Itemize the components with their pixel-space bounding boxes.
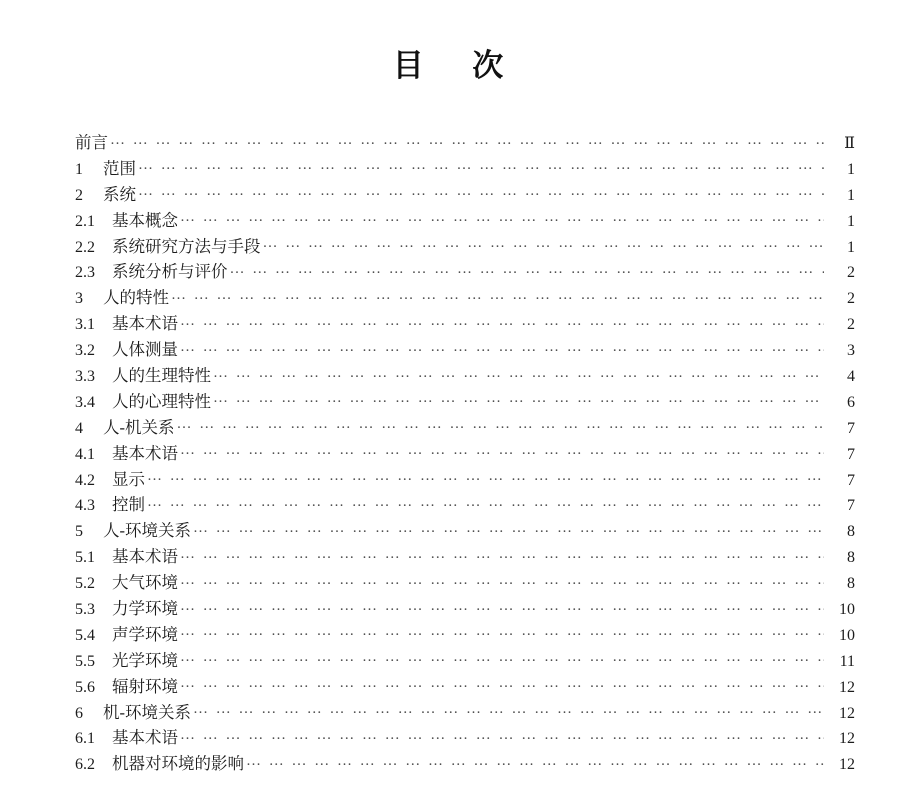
dot-leader-dots: … … … … … … … … … … … … … … … … … … … … … (193, 702, 824, 718)
dot-leader: … … … … … … … … … … … … … … … … … … … … … (147, 469, 824, 495)
dot-leader-dots: … … … … … … … … … … … … … … … … … … … … … (180, 339, 824, 355)
dot-leader-dots: … … … … … … … … … … … … … … … … … … … … … (263, 236, 825, 252)
dot-leader-dots: … … … … … … … … … … … … … … … … … … … … … (213, 365, 824, 381)
toc-row: 5.5光学环境… … … … … … … … … … … … … … … … …… (75, 648, 855, 674)
dot-leader: … … … … … … … … … … … … … … … … … … … … … (193, 520, 824, 546)
dot-leader-dots: … … … … … … … … … … … … … … … … … … … … … (180, 546, 824, 562)
dot-leader-dots: … … … … … … … … … … … … … … … … … … … … … (180, 313, 824, 329)
toc-item-number: 4.1 (75, 442, 112, 468)
toc-row: 3.2人体测量… … … … … … … … … … … … … … … … …… (75, 337, 855, 363)
toc-page-number: 1 (829, 157, 855, 183)
toc-row: 3.3人的生理特性… … … … … … … … … … … … … … … …… (75, 363, 855, 389)
dot-leader: … … … … … … … … … … … … … … … … … … … … … (246, 753, 824, 779)
toc-item-title: 机器对环境的影响 (112, 751, 244, 777)
toc-item-title: 基本术语 (112, 311, 178, 337)
toc-item-number: 3.2 (75, 338, 112, 364)
dot-leader-dots: … … … … … … … … … … … … … … … … … … … … … (110, 132, 824, 148)
toc-item-title: 基本术语 (112, 544, 178, 570)
toc-page-number: 2 (829, 286, 855, 312)
dot-leader: … … … … … … … … … … … … … … … … … … … … … (180, 546, 824, 572)
toc-page-number: 12 (829, 752, 855, 778)
dot-leader: … … … … … … … … … … … … … … … … … … … … … (193, 702, 824, 728)
toc-page-number: 6 (829, 390, 855, 416)
dot-leader: … … … … … … … … … … … … … … … … … … … … … (180, 210, 824, 236)
toc-row: 6机-环境关系… … … … … … … … … … … … … … … … …… (75, 700, 855, 726)
toc-page-number: 7 (829, 442, 855, 468)
toc-item-title: 声学环境 (112, 622, 178, 648)
toc-item-number: 5 (75, 519, 103, 545)
dot-leader-dots: … … … … … … … … … … … … … … … … … … … … … (180, 572, 824, 588)
dot-leader-dots: … … … … … … … … … … … … … … … … … … … … … (147, 469, 824, 485)
page-title: 目 次 (0, 49, 898, 83)
toc-page-number: Ⅱ (829, 131, 855, 157)
toc-row: 1范围… … … … … … … … … … … … … … … … … … …… (75, 156, 855, 182)
toc-item-number: 5.3 (75, 597, 112, 623)
toc-item-title: 显示 (112, 467, 145, 493)
toc-page-number: 3 (829, 338, 855, 364)
toc-item-number: 2.2 (75, 235, 112, 261)
toc-item-number: 1 (75, 157, 103, 183)
toc-page-number: 12 (829, 675, 855, 701)
dot-leader: … … … … … … … … … … … … … … … … … … … … … (213, 391, 824, 417)
dot-leader-dots: … … … … … … … … … … … … … … … … … … … … … (180, 624, 824, 640)
toc-item-number: 4 (75, 416, 103, 442)
toc-item-title: 基本术语 (112, 441, 178, 467)
toc-row: 3.1基本术语… … … … … … … … … … … … … … … … …… (75, 311, 855, 337)
toc-page-number: 11 (829, 649, 855, 675)
toc-item-title: 人体测量 (112, 337, 178, 363)
toc-row: 4.2显示… … … … … … … … … … … … … … … … … …… (75, 467, 855, 493)
dot-leader: … … … … … … … … … … … … … … … … … … … … … (180, 676, 824, 702)
toc-item-title: 前言 (75, 130, 108, 156)
toc-page-number: 8 (829, 571, 855, 597)
toc-page-number: 12 (829, 726, 855, 752)
toc-row: 6.2机器对环境的影响… … … … … … … … … … … … … … …… (75, 751, 855, 777)
toc-page-number: 2 (829, 312, 855, 338)
toc-row: 6.1基本术语… … … … … … … … … … … … … … … … …… (75, 725, 855, 751)
dot-leader: … … … … … … … … … … … … … … … … … … … … … (138, 184, 824, 210)
toc-item-number: 2.3 (75, 260, 112, 286)
dot-leader-dots: … … … … … … … … … … … … … … … … … … … … … (171, 287, 824, 303)
toc-item-number: 5.2 (75, 571, 112, 597)
toc-row: 5.2大气环境… … … … … … … … … … … … … … … … …… (75, 570, 855, 596)
toc-item-number: 3.1 (75, 312, 112, 338)
dot-leader: … … … … … … … … … … … … … … … … … … … … … (110, 132, 824, 158)
dot-leader: … … … … … … … … … … … … … … … … … … … … … (180, 650, 824, 676)
toc-row: 2.3系统分析与评价… … … … … … … … … … … … … … … … (75, 259, 855, 285)
dot-leader-dots: … … … … … … … … … … … … … … … … … … … … … (138, 158, 824, 174)
toc-item-number: 2.1 (75, 209, 112, 235)
toc-page-number: 12 (829, 701, 855, 727)
dot-leader: … … … … … … … … … … … … … … … … … … … … … (230, 261, 825, 287)
toc-row: 前言… … … … … … … … … … … … … … … … … … … … (75, 130, 855, 156)
toc-page-number: 10 (829, 597, 855, 623)
dot-leader-dots: … … … … … … … … … … … … … … … … … … … … … (180, 650, 824, 666)
dot-leader: … … … … … … … … … … … … … … … … … … … … … (138, 158, 824, 184)
dot-leader: … … … … … … … … … … … … … … … … … … … … … (180, 313, 824, 339)
dot-leader-dots: … … … … … … … … … … … … … … … … … … … … … (193, 520, 824, 536)
toc-page-number: 7 (829, 416, 855, 442)
toc-page-number: 7 (829, 493, 855, 519)
toc-page-number: 1 (829, 235, 855, 261)
toc-item-number: 4.2 (75, 468, 112, 494)
toc-item-title: 光学环境 (112, 648, 178, 674)
dot-leader-dots: … … … … … … … … … … … … … … … … … … … … … (177, 417, 825, 433)
toc-item-title: 人的生理特性 (112, 363, 211, 389)
toc-page-number: 8 (829, 545, 855, 571)
dot-leader-dots: … … … … … … … … … … … … … … … … … … … … … (180, 598, 824, 614)
dot-leader-dots: … … … … … … … … … … … … … … … … … … … … … (138, 184, 824, 200)
toc-item-number: 6.1 (75, 726, 112, 752)
toc-item-title: 人的特性 (103, 285, 169, 311)
toc-item-title: 基本术语 (112, 725, 178, 751)
toc-item-title: 系统研究方法与手段 (112, 234, 261, 260)
dot-leader: … … … … … … … … … … … … … … … … … … … … … (263, 236, 825, 262)
toc-item-title: 范围 (103, 156, 136, 182)
toc-item-number: 6 (75, 701, 103, 727)
toc-item-number: 3.3 (75, 364, 112, 390)
dot-leader-dots: … … … … … … … … … … … … … … … … … … … … … (180, 210, 824, 226)
toc-page-number: 10 (829, 623, 855, 649)
toc-row: 5人-环境关系… … … … … … … … … … … … … … … … …… (75, 518, 855, 544)
dot-leader: … … … … … … … … … … … … … … … … … … … … … (177, 417, 825, 443)
toc-item-title: 大气环境 (112, 570, 178, 596)
toc-item-number: 2 (75, 183, 103, 209)
toc-row: 4.1基本术语… … … … … … … … … … … … … … … … …… (75, 441, 855, 467)
dot-leader: … … … … … … … … … … … … … … … … … … … … … (171, 287, 824, 313)
toc-item-title: 人的心理特性 (112, 389, 211, 415)
dot-leader-dots: … … … … … … … … … … … … … … … … … … … … … (180, 443, 824, 459)
toc-item-number: 5.5 (75, 649, 112, 675)
toc-item-number: 5.6 (75, 675, 112, 701)
dot-leader: … … … … … … … … … … … … … … … … … … … … … (180, 339, 824, 365)
toc-item-title: 控制 (112, 492, 145, 518)
toc-row: 2.2系统研究方法与手段… … … … … … … … … … … … … … … (75, 234, 855, 260)
toc-row: 3人的特性… … … … … … … … … … … … … … … … … …… (75, 285, 855, 311)
toc-item-title: 人-环境关系 (103, 518, 191, 544)
toc-item-title: 机-环境关系 (103, 700, 191, 726)
toc-item-number: 6.2 (75, 752, 112, 778)
toc-row: 2系统… … … … … … … … … … … … … … … … … … …… (75, 182, 855, 208)
toc-item-number: 4.3 (75, 493, 112, 519)
toc-row: 3.4人的心理特性… … … … … … … … … … … … … … … …… (75, 389, 855, 415)
dot-leader: … … … … … … … … … … … … … … … … … … … … … (147, 494, 824, 520)
dot-leader: … … … … … … … … … … … … … … … … … … … … … (180, 598, 824, 624)
toc-page-number: 7 (829, 468, 855, 494)
dot-leader-dots: … … … … … … … … … … … … … … … … … … … … … (213, 391, 824, 407)
toc-item-title: 基本概念 (112, 208, 178, 234)
dot-leader-dots: … … … … … … … … … … … … … … … … … … … … … (147, 494, 824, 510)
toc-page-number: 1 (829, 209, 855, 235)
toc-item-title: 力学环境 (112, 596, 178, 622)
toc-item-title: 系统 (103, 182, 136, 208)
document-page: 目 次 前言… … … … … … … … … … … … … … … … … … (0, 0, 898, 787)
toc-row: 5.3力学环境… … … … … … … … … … … … … … … … …… (75, 596, 855, 622)
dot-leader: … … … … … … … … … … … … … … … … … … … … … (180, 624, 824, 650)
toc-row: 5.1基本术语… … … … … … … … … … … … … … … … …… (75, 544, 855, 570)
dot-leader-dots: … … … … … … … … … … … … … … … … … … … … … (246, 753, 824, 769)
toc-list: 前言… … … … … … … … … … … … … … … … … … … … (75, 130, 855, 777)
dot-leader: … … … … … … … … … … … … … … … … … … … … … (180, 572, 824, 598)
toc-item-number: 3 (75, 286, 103, 312)
toc-row: 4.3控制… … … … … … … … … … … … … … … … … …… (75, 492, 855, 518)
dot-leader: … … … … … … … … … … … … … … … … … … … … … (180, 727, 824, 753)
dot-leader: … … … … … … … … … … … … … … … … … … … … … (213, 365, 824, 391)
toc-page-number: 8 (829, 519, 855, 545)
toc-item-number: 5.4 (75, 623, 112, 649)
toc-row: 4人-机关系… … … … … … … … … … … … … … … … … … (75, 415, 855, 441)
toc-item-title: 辐射环境 (112, 674, 178, 700)
dot-leader: … … … … … … … … … … … … … … … … … … … … … (180, 443, 824, 469)
toc-page-number: 1 (829, 183, 855, 209)
toc-item-title: 系统分析与评价 (112, 259, 228, 285)
dot-leader-dots: … … … … … … … … … … … … … … … … … … … … … (180, 727, 824, 743)
dot-leader-dots: … … … … … … … … … … … … … … … … … … … … … (180, 676, 824, 692)
toc-page-number: 4 (829, 364, 855, 390)
toc-row: 2.1基本概念… … … … … … … … … … … … … … … … …… (75, 208, 855, 234)
toc-page-number: 2 (829, 260, 855, 286)
dot-leader-dots: … … … … … … … … … … … … … … … … … … … … … (230, 261, 825, 277)
toc-item-title: 人-机关系 (103, 415, 175, 441)
toc-row: 5.4声学环境… … … … … … … … … … … … … … … … …… (75, 622, 855, 648)
toc-item-number: 3.4 (75, 390, 112, 416)
toc-item-number: 5.1 (75, 545, 112, 571)
toc-row: 5.6辐射环境… … … … … … … … … … … … … … … … …… (75, 674, 855, 700)
